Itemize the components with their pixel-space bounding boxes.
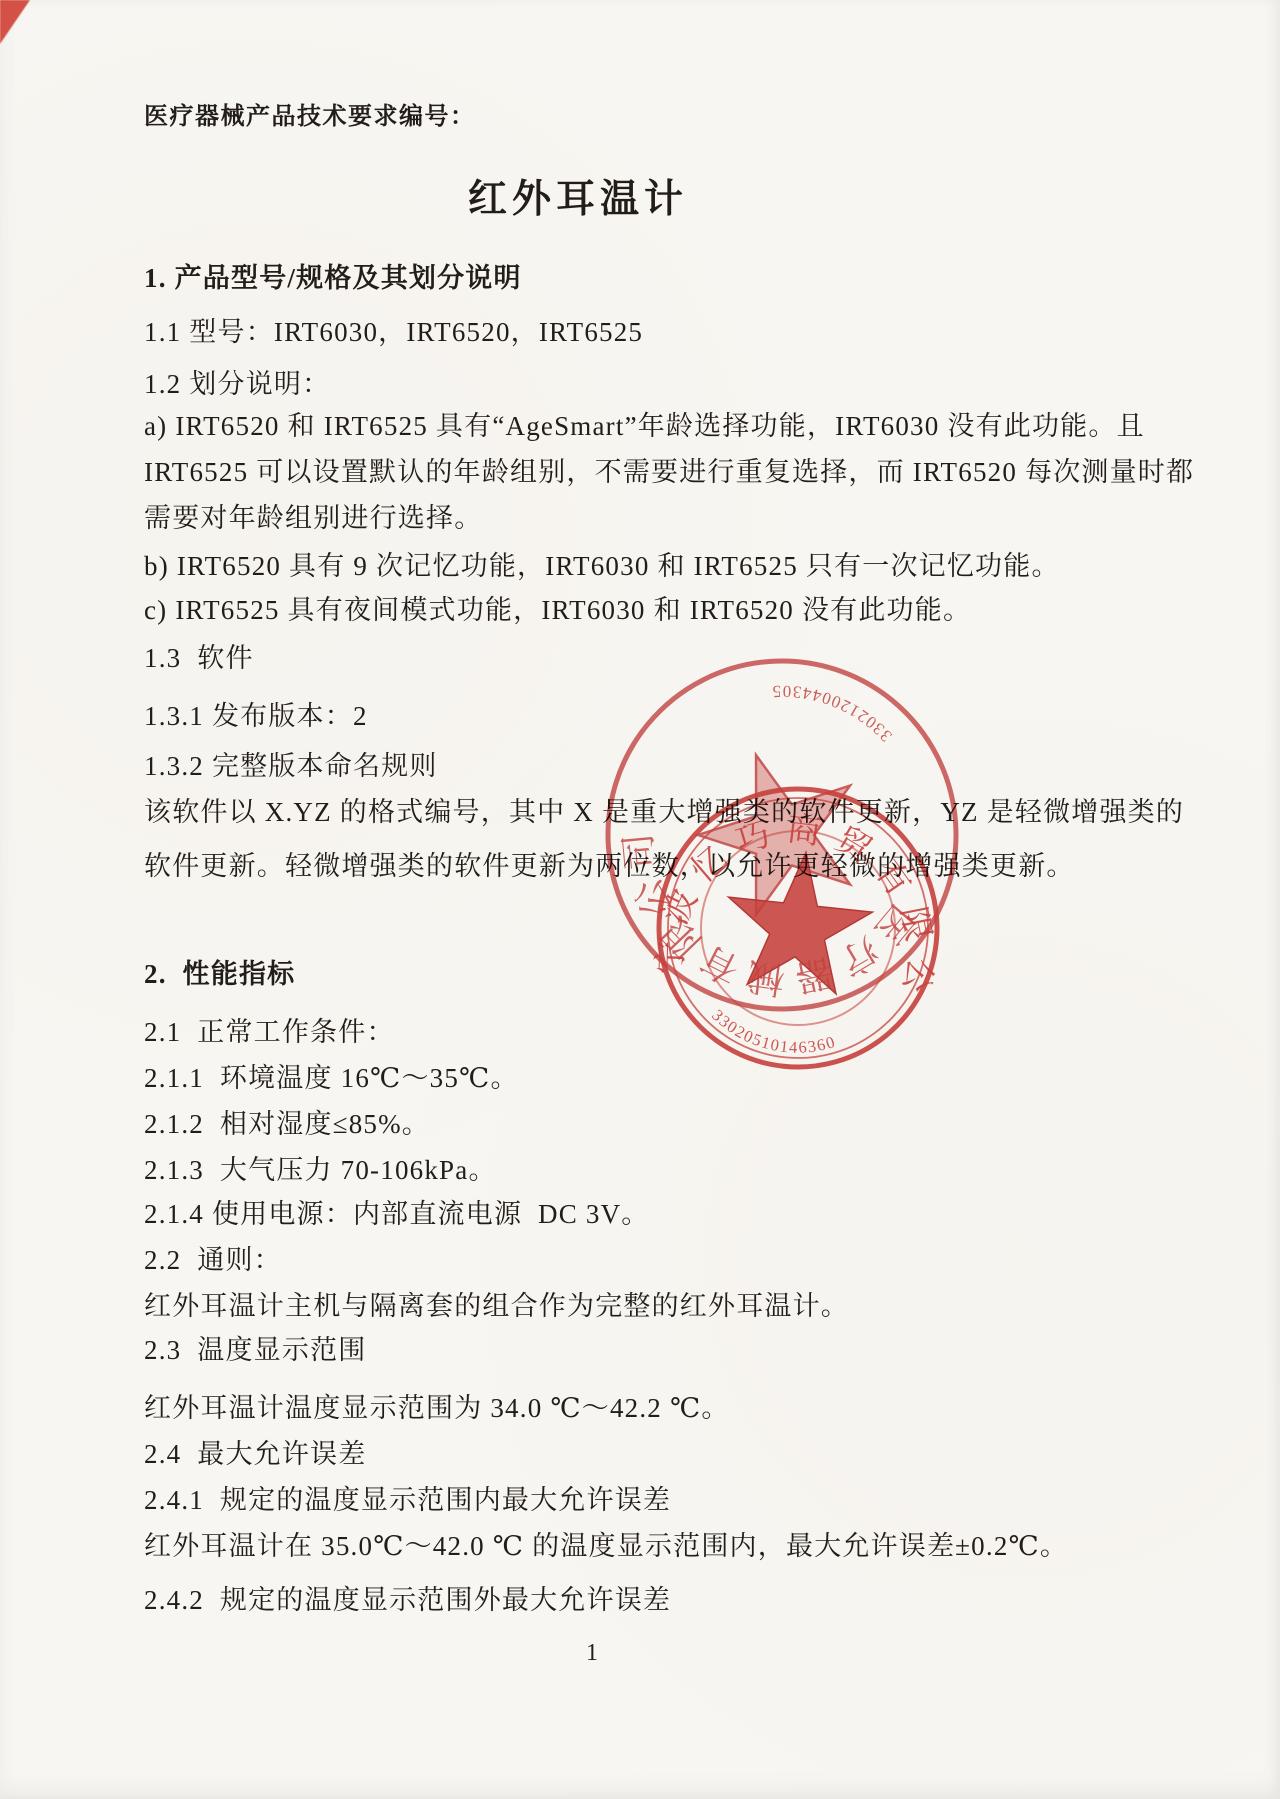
doc-line: 2.1.1 环境温度 16℃～35℃。 [144,1056,519,1095]
doc-line: 红外耳温计主机与隔离套的组合作为完整的红外耳温计。 [144,1284,849,1323]
stamp-number-text: 3302120044305 [762,671,902,748]
doc-line: a) IRT6520 和 IRT6525 具有“AgeSmart”年龄选择功能，… [144,404,1145,443]
doc-line: 1.2 划分说明： [144,362,330,401]
company-stamps: 医疗器械有限公司 3302120044305 宁波忆巧商贸有限公司 330205… [560,610,1020,1130]
doc-line: 2.4.2 规定的温度显示范围外最大允许误差 [144,1578,671,1617]
doc-line: 2.3 温度显示范围 [144,1328,366,1367]
doc-line: 1.1 型号：IRT6030，IRT6520，IRT6525 [144,310,643,349]
doc-line: 2.4 最大允许误差 [144,1432,366,1471]
doc-line: 需要对年龄组别进行选择。 [144,496,482,535]
stamp-number-text: 33020510146360 [705,1004,841,1061]
doc-line: 2. 性能指标 [144,952,295,991]
doc-line: b) IRT6520 具有 9 次记忆功能，IRT6030 和 IRT6525 … [144,544,1060,583]
doc-line: 红外耳温计在 35.0℃～42.0 ℃ 的温度显示范围内，最大允许误差±0.2℃… [144,1524,1068,1563]
doc-line: 2.1.4 使用电源：内部直流电源 DC 3V。 [144,1192,650,1231]
doc-line: 1. 产品型号/规格及其划分说明 [144,256,522,295]
page-number: 1 [0,1640,1232,1667]
scan-artifact [0,0,30,44]
doc-line: 2.4.1 规定的温度显示范围内最大允许误差 [144,1478,671,1517]
page-title: 红外耳温计 [0,168,1218,224]
doc-line: 1.3.2 完整版本命名规则 [144,744,438,783]
scanned-document-page: 医疗器械产品技术要求编号： 红外耳温计 1. 产品型号/规格及其划分说明 1.1… [0,0,1280,1799]
doc-line: 2.1.2 相对湿度≤85%。 [144,1102,430,1141]
doc-line: 2.1.3 大气压力 70-106kPa。 [144,1148,497,1187]
doc-line: 1.3.1 发布版本：2 [144,694,368,733]
doc-line: 2.1 正常工作条件： [144,1010,395,1049]
doc-line: IRT6525 可以设置默认的年龄组别，不需要进行重复选择，而 IRT6520 … [144,450,1194,489]
doc-line: 红外耳温计温度显示范围为 34.0 ℃～42.2 ℃。 [144,1386,730,1425]
document-number-label: 医疗器械产品技术要求编号： [144,96,476,131]
doc-line: 1.3 软件 [144,636,254,675]
doc-line: 2.2 通则： [144,1238,282,1277]
